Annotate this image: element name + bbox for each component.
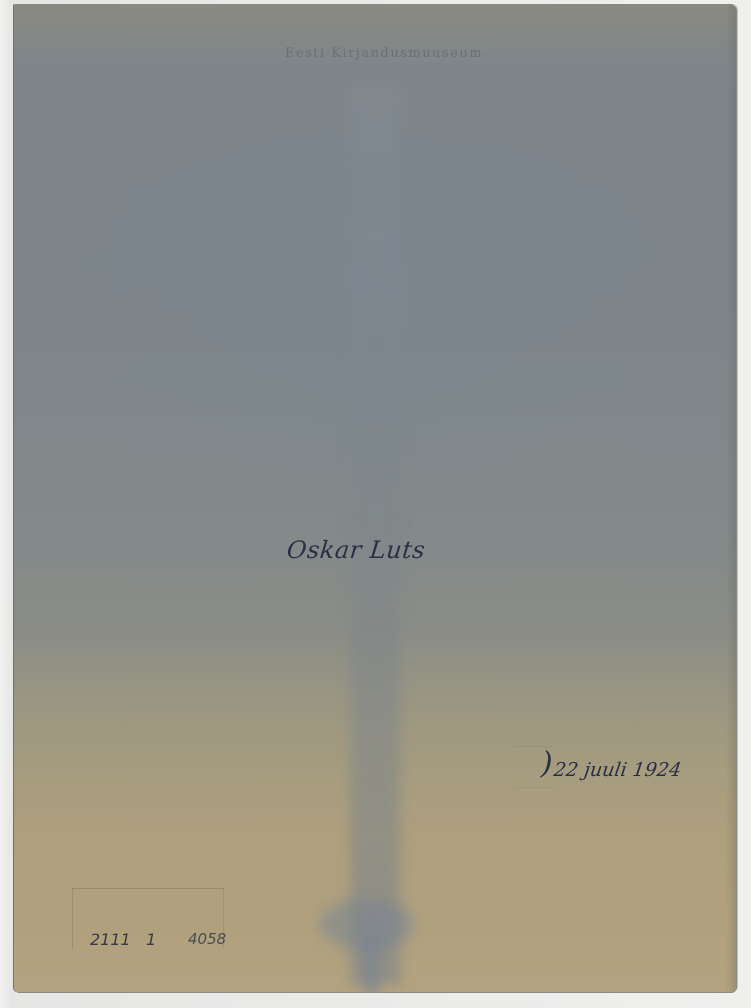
water-stain — [350, 84, 400, 984]
handwritten-date: 22 juuli 1924 — [552, 759, 682, 781]
water-stain-drip — [362, 934, 380, 992]
institution-stamp: Eesti Kirjandusmuuseum — [204, 46, 564, 61]
archive-item-number: 4058 — [188, 930, 226, 948]
archive-fond-number: 2111 — [90, 930, 131, 949]
folder-cover: Eesti Kirjandusmuuseum Oskar Luts ) 22 j… — [14, 4, 736, 992]
archive-series-number: 1 — [146, 930, 156, 949]
author-name: Oskar Luts — [286, 536, 427, 564]
scanned-page: Eesti Kirjandusmuuseum Oskar Luts ) 22 j… — [0, 0, 751, 1008]
